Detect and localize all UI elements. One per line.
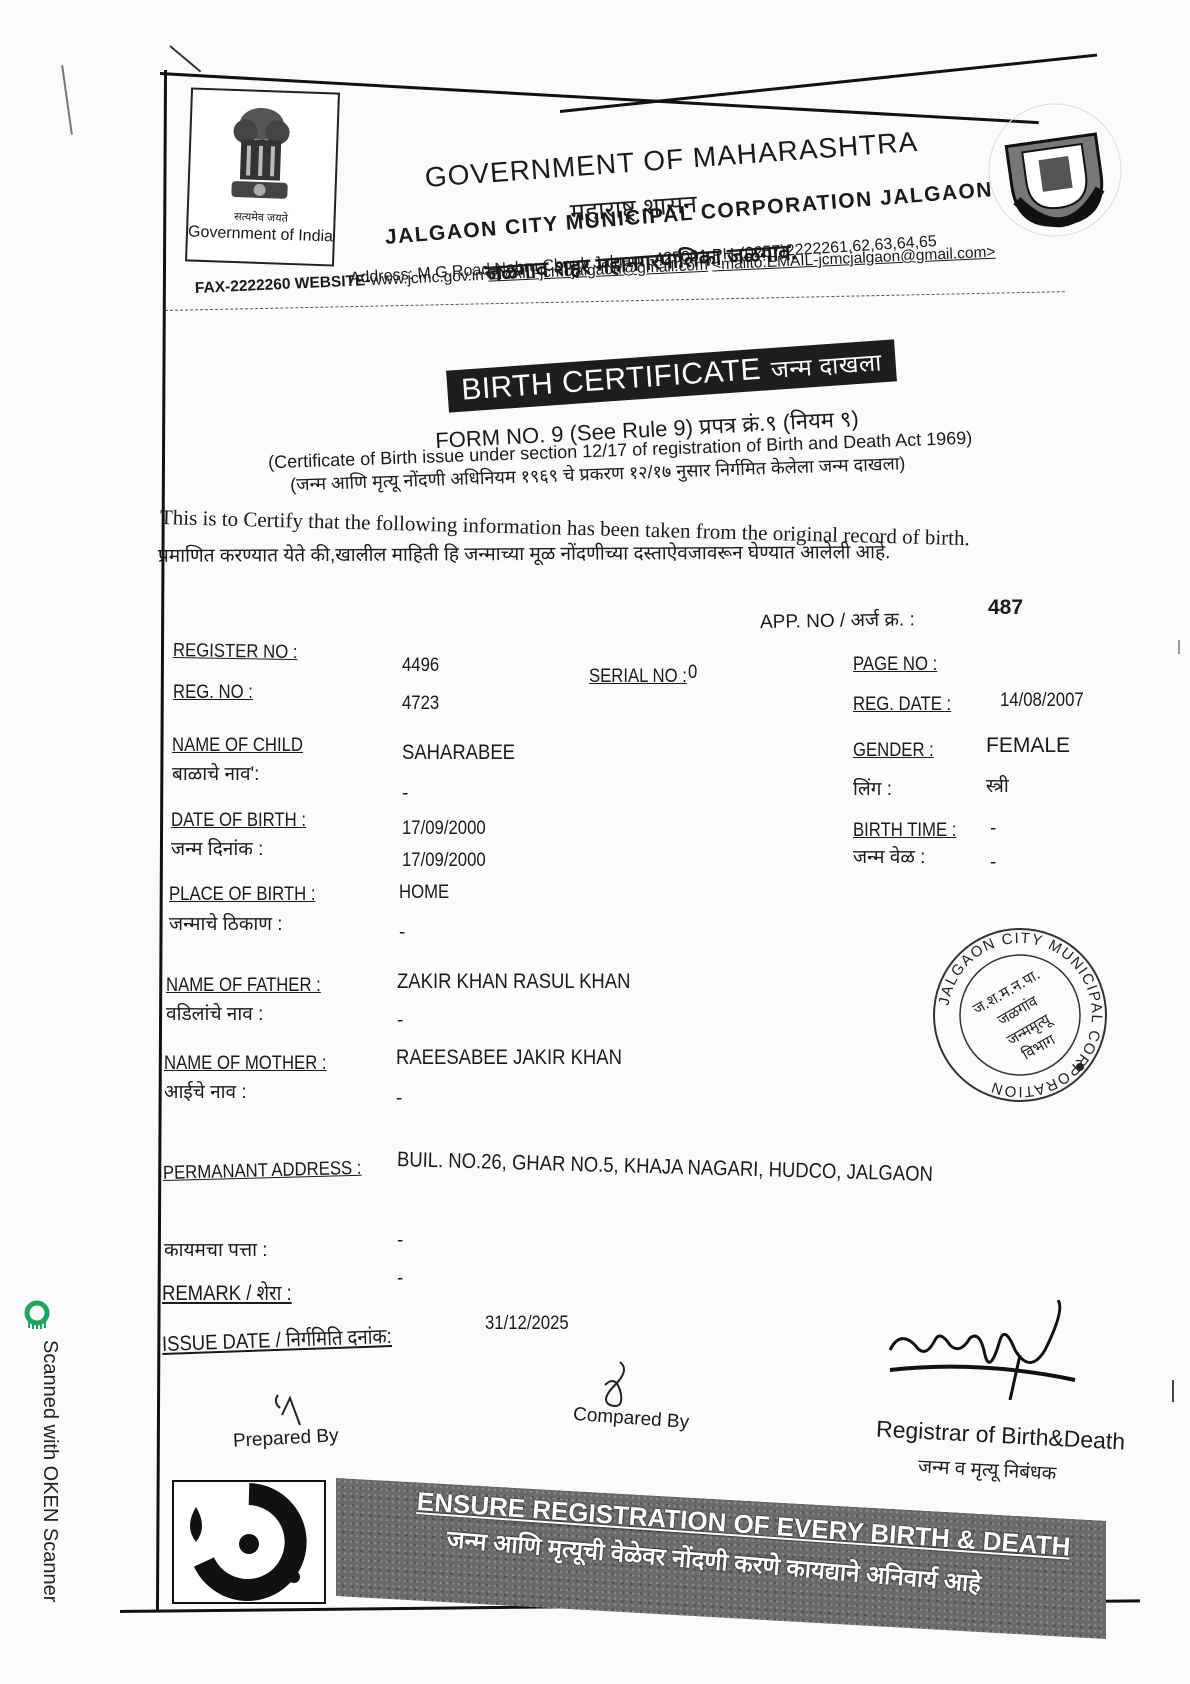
reg-no-value: 4723 (402, 693, 439, 715)
birth-time-value: - (990, 818, 996, 840)
pob-value-marathi: - (399, 922, 405, 944)
certificate-title-banner: BIRTH CERTIFICATEजन्म दाखला (446, 339, 897, 412)
municipal-corporation-logo-icon (976, 91, 1134, 249)
dob-label: DATE OF BIRTH : (171, 810, 306, 832)
father-name-value: ZAKIR KHAN RASUL KHAN (397, 970, 630, 994)
certification-statement-marathi: प्रमाणित करण्यात येते की,खालील माहिती हि… (158, 538, 891, 568)
reg-no-label: REG. NO : (173, 682, 253, 704)
birth-time-value-marathi: - (990, 852, 996, 874)
gender-label-marathi: लिंग : (853, 775, 892, 801)
scan-artifact-mark (1172, 1380, 1174, 1402)
mother-name-value: RAEESABEE JAKIR KHAN (396, 1046, 622, 1070)
pob-label: PLACE OF BIRTH : (169, 884, 315, 906)
address-label: PERMANANT ADDRESS : (163, 1158, 362, 1185)
child-name-label: NAME OF CHILD (172, 735, 303, 757)
oken-scanner-logo-icon (22, 1300, 52, 1330)
child-name-value-marathi: - (402, 783, 408, 805)
issue-date-label: ISSUE DATE / निर्गमिति दनांक: (162, 1322, 393, 1358)
dob-value-marathi: 17/09/2000 (402, 850, 486, 872)
remark-value: - (397, 1268, 403, 1290)
scan-artifact-mark (1178, 640, 1180, 654)
child-name-label-marathi: बाळाचे नाव': (172, 760, 259, 786)
father-name-value-marathi: - (397, 1010, 403, 1032)
remark-label: REMARK / शेरा : (162, 1279, 292, 1307)
dob-value: 17/09/2000 (402, 818, 486, 840)
reg-date-value: 14/08/2007 (1000, 690, 1084, 712)
address-label-marathi: कायमचा पत्ता : (164, 1236, 268, 1262)
page-no-label: PAGE NO : (853, 654, 937, 676)
compared-by-label: Compared By (572, 1404, 689, 1434)
app-no-label: APP. NO / अर्ज क्र. : (760, 605, 915, 634)
issue-date-value: 31/12/2025 (485, 1313, 569, 1335)
birth-time-label: BIRTH TIME : (853, 820, 956, 842)
reg-date-label: REG. DATE : (853, 694, 951, 716)
mother-name-label: NAME OF MOTHER : (164, 1053, 327, 1075)
app-no-value: 487 (988, 596, 1023, 620)
gender-value-marathi: स्त्री (986, 772, 1009, 798)
registrar-title-marathi: जन्म व मृत्यू निबंधक (917, 1452, 1057, 1485)
government-title: GOVERNMENT OF MAHARASHTRA (424, 126, 919, 194)
address-value: BUIL. NO.26, GHAR NO.5, KHAJA NAGARI, HU… (397, 1148, 934, 1187)
mother-name-label-marathi: आईचे नाव : (164, 1078, 247, 1104)
scan-artifact-line (169, 45, 201, 72)
certificate-title-marathi: जन्म दाखला (770, 349, 883, 384)
national-emblem-box: सत्यमेव जयते Government of India (185, 87, 340, 266)
dob-label-marathi: जन्म दिनांक : (171, 835, 263, 861)
page-border-left (156, 70, 167, 1610)
address-value-marathi: - (397, 1230, 403, 1252)
child-name-value: SAHARABEE (402, 741, 515, 765)
registrar-signature-icon (880, 1300, 1080, 1400)
prepared-by-label: Prepared By (232, 1425, 339, 1452)
certificate-title: BIRTH CERTIFICATE (460, 353, 762, 407)
pob-label-marathi: जन्माचे ठिकाण : (169, 910, 283, 936)
emblem-caption: Government of India (188, 223, 334, 246)
gender-value: FEMALE (986, 734, 1070, 758)
serial-no-value: 0 (688, 662, 697, 684)
header-divider (165, 291, 1065, 311)
fax-website-label: FAX-2222260 WEBSITE- (195, 272, 371, 297)
preparer-initials-icon (270, 1390, 310, 1430)
mother-name-value-marathi: - (396, 1088, 402, 1110)
pob-value: HOME (399, 882, 449, 904)
birth-death-registration-logo-icon (172, 1480, 326, 1604)
register-no-value: 4496 (402, 655, 439, 677)
scan-artifact-line (61, 65, 73, 135)
ashoka-emblem-icon (219, 101, 303, 214)
scanner-watermark: Scanned with OKEN Scanner (38, 1340, 61, 1602)
registrar-title: Registrar of Birth&Death (875, 1415, 1125, 1455)
official-seal-stamp-icon: JALGAON CITY MUNICIPAL CORPORATION ज.श.म… (930, 925, 1110, 1105)
serial-no-label: SERIAL NO : (589, 666, 687, 688)
register-no-label: REGISTER NO : (173, 640, 298, 664)
birth-time-label-marathi: जन्म वेळ : (853, 843, 925, 869)
father-name-label: NAME OF FATHER : (166, 975, 321, 997)
gender-label: GENDER : (853, 740, 934, 762)
father-name-label-marathi: वडिलांचे नाव : (166, 1000, 263, 1026)
